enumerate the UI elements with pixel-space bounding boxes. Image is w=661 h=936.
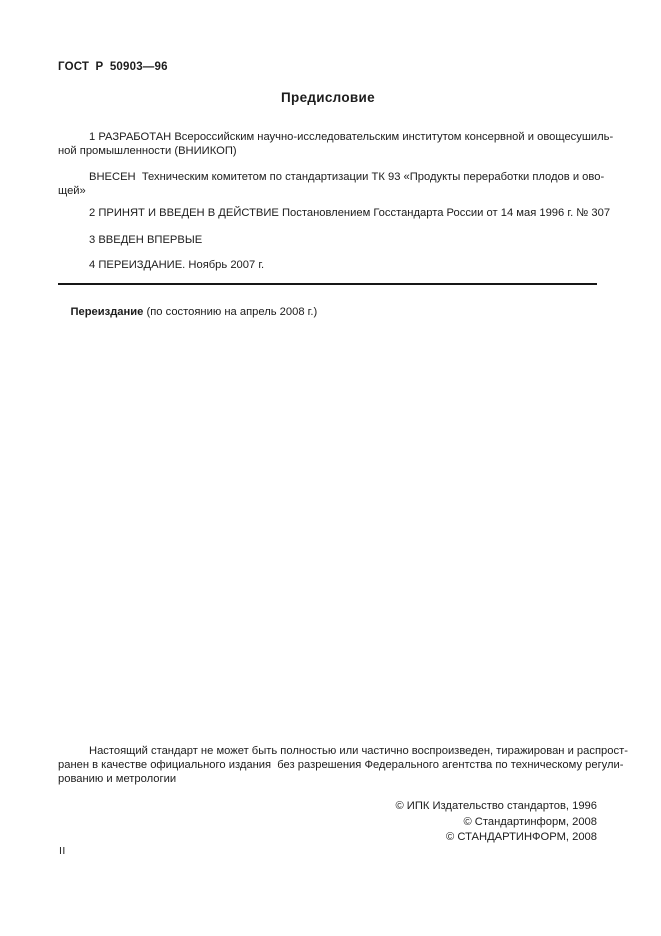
reproduction-notice-line-2: ранен в качестве официального издания бе… (58, 758, 628, 772)
foreword-item-developed-line-1: 1 РАЗРАБОТАН Всероссийским научно-исслед… (58, 130, 613, 144)
copyright-line-ipk: © ИПК Издательство стандартов, 1996 (58, 799, 597, 815)
reproduction-notice-line-1: Настоящий стандарт не может быть полност… (58, 744, 628, 758)
foreword-item-adopted: 2 ПРИНЯТ И ВВЕДЕН В ДЕЙСТВИЕ Постановлен… (58, 206, 610, 220)
foreword-item-reprint-line-1: 4 ПЕРЕИЗДАНИЕ. Ноябрь 2007 г. (58, 258, 264, 272)
foreword-item-submitted-line-2: щей» (58, 184, 604, 198)
page-title: Предисловие (58, 90, 598, 105)
copyright-block: © ИПК Издательство стандартов, 1996 © Ст… (58, 799, 597, 846)
foreword-item-adopted-line-1: 2 ПРИНЯТ И ВВЕДЕН В ДЕЙСТВИЕ Постановлен… (58, 206, 610, 220)
document-page: ГОСТ Р 50903—96 Предисловие 1 РАЗРАБОТАН… (0, 0, 661, 936)
divider-rule (58, 283, 597, 285)
reissue-note-detail: (по состоянию на апрель 2008 г.) (143, 306, 317, 318)
foreword-item-first-edition: 3 ВВЕДЕН ВПЕРВЫЕ (58, 233, 202, 247)
reissue-note: Переиздание (по состоянию на апрель 2008… (58, 291, 317, 333)
reissue-note-label: Переиздание (70, 306, 143, 318)
foreword-item-reprint: 4 ПЕРЕИЗДАНИЕ. Ноябрь 2007 г. (58, 258, 264, 272)
foreword-item-developed-line-2: ной промышленности (ВНИИКОП) (58, 144, 613, 158)
page-number: II (59, 845, 66, 857)
foreword-item-developed: 1 РАЗРАБОТАН Всероссийским научно-исслед… (58, 130, 613, 158)
foreword-item-submitted-line-1: ВНЕСЕН Техническим комитетом по стандарт… (58, 170, 604, 184)
standard-code: ГОСТ Р 50903—96 (58, 61, 168, 73)
reproduction-notice: Настоящий стандарт не может быть полност… (58, 744, 628, 786)
copyright-line-standartinform-1: © Стандартинформ, 2008 (58, 815, 597, 831)
foreword-item-first-edition-line-1: 3 ВВЕДЕН ВПЕРВЫЕ (58, 233, 202, 247)
copyright-line-standartinform-2: © СТАНДАРТИНФОРМ, 2008 (58, 830, 597, 846)
foreword-item-submitted: ВНЕСЕН Техническим комитетом по стандарт… (58, 170, 604, 198)
reproduction-notice-line-3: рованию и метрологии (58, 772, 628, 786)
